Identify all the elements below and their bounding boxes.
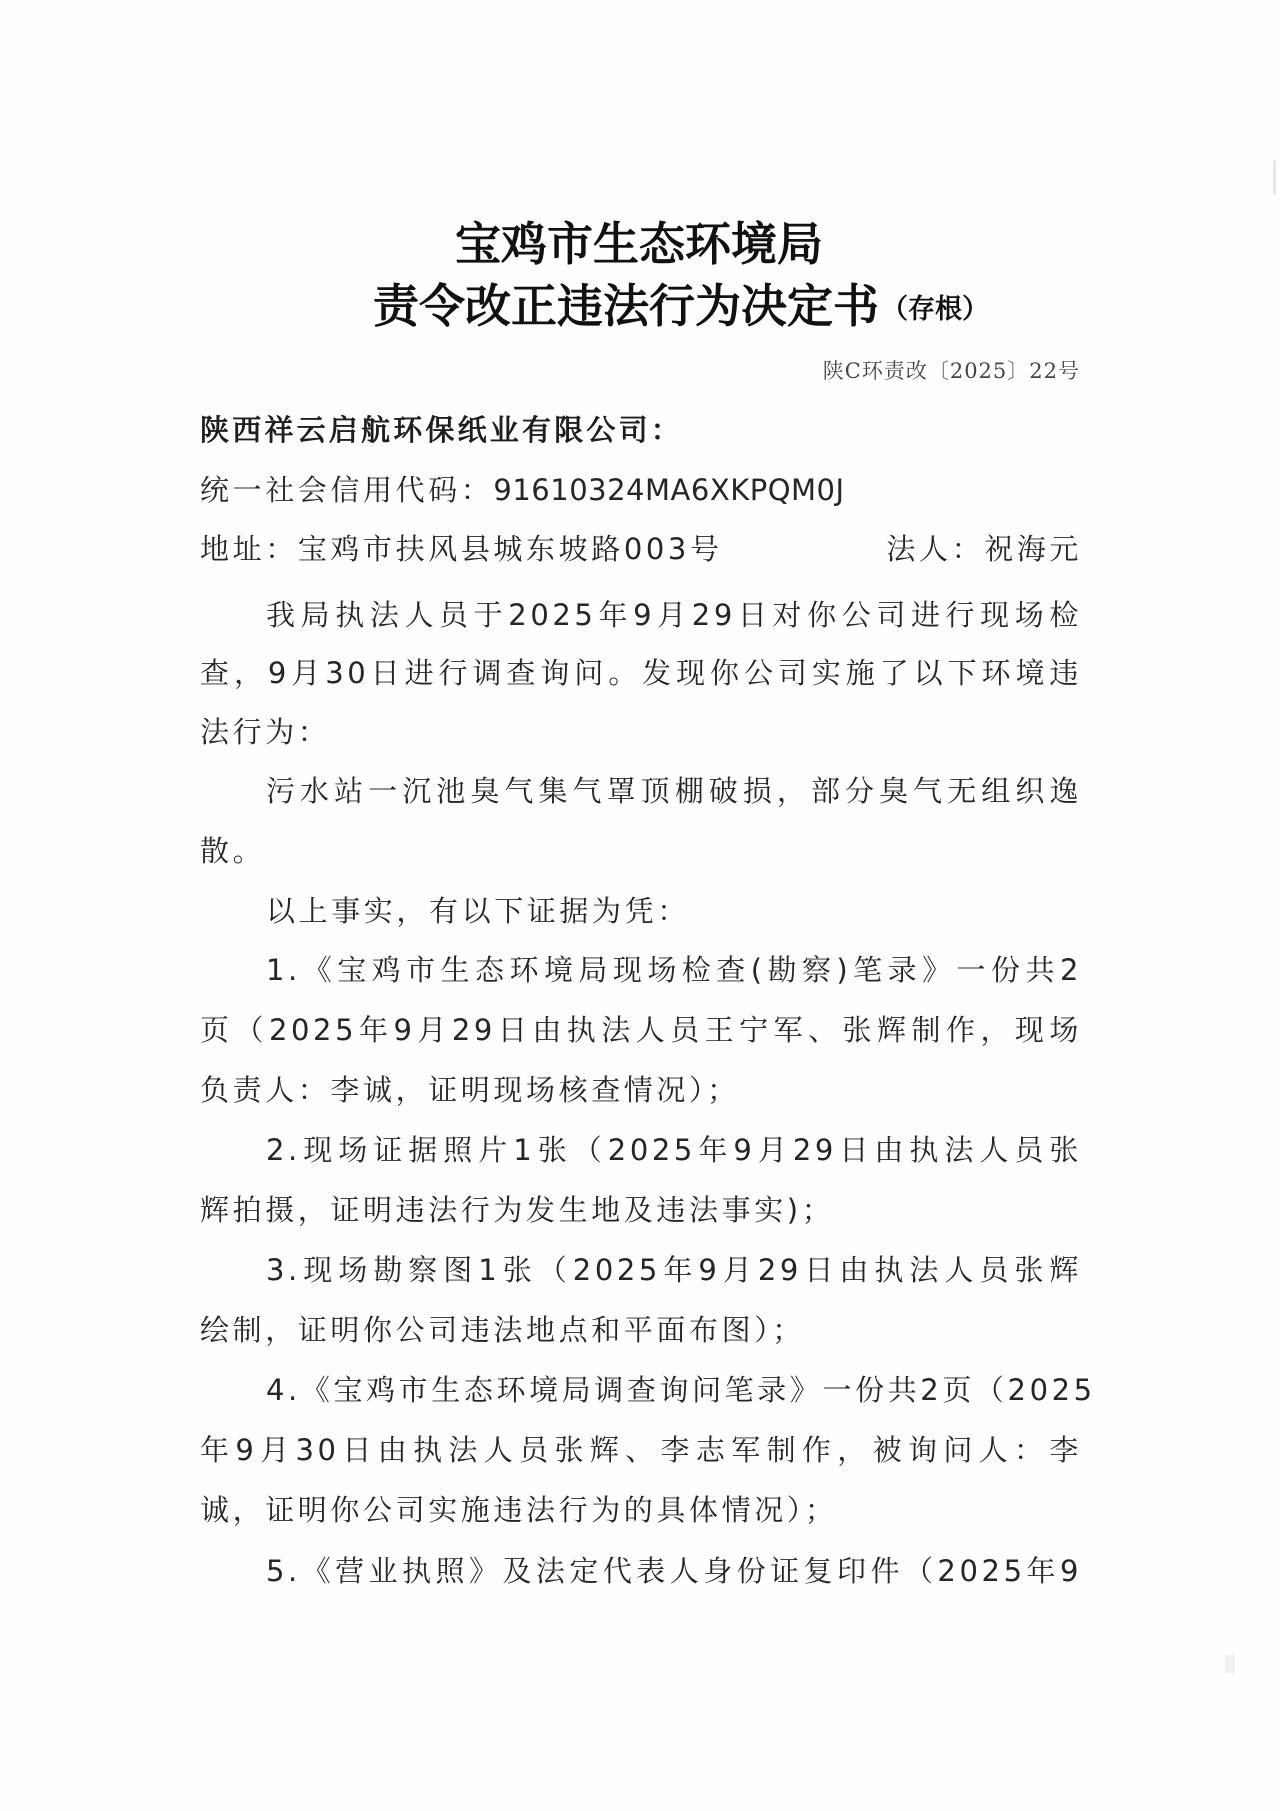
evidence-item-5: 5.《营业执照》及法定代表人身份证复印件（2025年9 [266,1541,1082,1601]
address-value: 宝鸡市扶风县城东坡路003号 [298,532,723,566]
legal-rep-label: 法人： [886,532,984,566]
evidence-item-3: 3.现场勘察图1张（2025年9月29日由执法人员张辉 [266,1240,1082,1300]
recipient-name: 陕西祥云启航环保纸业有限公司： [200,400,683,460]
body-line: 以上事实，有以下证据为凭： [266,881,690,941]
body-line: 我局执法人员于2025年9月29日对你公司进行现场检 [266,585,1082,645]
document-title-suffix: （存根） [881,294,989,325]
evidence-item-4-cont: 诚，证明你公司实施违法行为的具体情况）； [200,1480,838,1540]
evidence-item-3-cont: 绘制，证明你公司违法地点和平面布图）； [200,1300,805,1360]
credit-code-value: 91610324MA6XKPQM0J [493,473,844,507]
legal-rep-value: 祝海元 [984,532,1082,566]
legal-rep-line: 法人：祝海元 [886,519,1082,579]
address-line: 地址：宝鸡市扶风县城东坡路003号 [200,519,723,579]
evidence-item-2-cont: 辉拍摄，证明违法行为发生地及违法事实)； [200,1180,834,1240]
evidence-item-1-cont: 页（2025年9月29日由执法人员王宁军、张辉制作，现场 [200,1000,1082,1060]
evidence-item-4: 4.《宝鸡市生态环境局调查询问笔录》一份共2页（2025 [266,1360,1082,1420]
evidence-item-4-cont: 年9月30日由执法人员张辉、李志军制作，被询问人：李 [200,1420,1082,1480]
issuer-title: 宝鸡市生态环境局 [455,214,823,274]
body-line: 散。 [200,821,265,881]
document-number: 陕C环责改〔2025〕22号 [823,356,1080,386]
document-title: 责令改正违法行为决定书（存根） [373,276,989,340]
address-label: 地址： [200,532,298,566]
evidence-item-1: 1.《宝鸡市生态环境局现场检查(勘察)笔录》一份共2 [266,940,1082,1000]
evidence-item-1-cont: 负责人：李诚，证明现场核查情况）； [200,1060,740,1120]
body-line: 查，9月30日进行调查询问。发现你公司实施了以下环境违 [200,643,1082,703]
scan-artifact [1225,1655,1235,1673]
body-line: 法行为： [200,702,330,762]
document-page: 宝鸡市生态环境局 责令改正违法行为决定书（存根） 陕C环责改〔2025〕22号 … [0,0,1280,1811]
credit-code-label: 统一社会信用代码： [200,473,493,507]
evidence-item-2: 2.现场证据照片1张（2025年9月29日由执法人员张 [266,1120,1082,1180]
scan-artifact [1273,160,1276,195]
document-title-main: 责令改正违法行为决定书 [373,279,879,333]
body-line: 污水站一沉池臭气集气罩顶棚破损，部分臭气无组织逸 [266,761,1082,821]
credit-code-line: 统一社会信用代码：91610324MA6XKPQM0J [200,460,845,520]
